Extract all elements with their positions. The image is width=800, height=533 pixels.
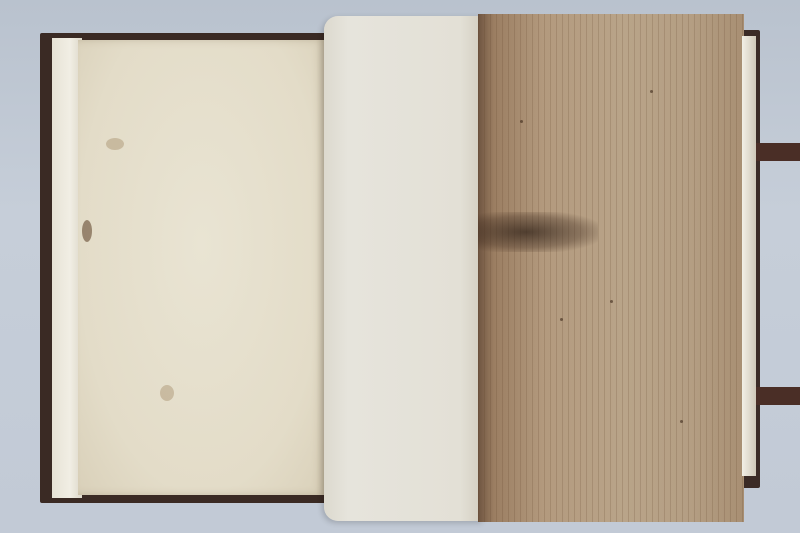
foxing-spot	[560, 318, 563, 321]
book-strap-bottom	[755, 387, 800, 405]
page-stain	[160, 385, 174, 401]
foxing-spot	[680, 420, 683, 423]
water-stain	[478, 212, 598, 252]
page-block-edges	[478, 14, 744, 522]
foxing-spot	[610, 300, 613, 303]
page-stain	[82, 220, 92, 242]
right-blank-page	[324, 16, 484, 521]
book-strap-top	[755, 143, 800, 161]
foxing-spot	[650, 90, 653, 93]
left-blank-page	[78, 40, 326, 495]
foxing-spot	[520, 120, 523, 123]
page-stain	[106, 138, 124, 150]
right-endpaper-edge	[742, 36, 756, 476]
